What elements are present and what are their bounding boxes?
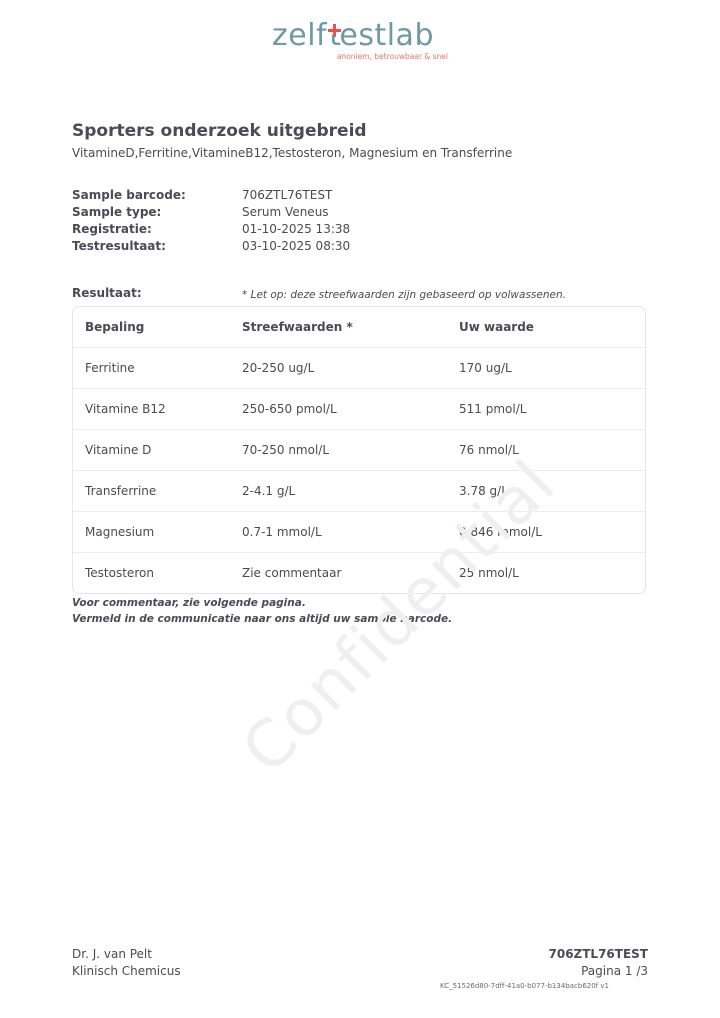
signer-name: Dr. J. van Pelt [72, 946, 181, 963]
page-title: Sporters onderzoek uitgebreid [72, 121, 367, 141]
logo-t: tt [327, 18, 339, 54]
signature-block: Dr. J. van Pelt Klinisch Chemicus [72, 946, 181, 980]
cell-test: Ferritine [85, 361, 135, 375]
sample-info: Sample barcode: 706ZTL76TEST Sample type… [72, 188, 472, 256]
cell-reference: 250-650 pmol/L [242, 402, 337, 416]
cell-reference: 20-250 ug/L [242, 361, 314, 375]
cell-value: 25 nmol/L [459, 566, 519, 580]
meta-value: 706ZTL76TEST [242, 188, 332, 202]
footnote-barcode: Vermeld in de communicatie naar ons alti… [72, 611, 452, 627]
table-row: Ferritine 20-250 ug/L 170 ug/L [73, 347, 645, 388]
footnote-comment: Voor commentaar, zie volgende pagina. [72, 595, 452, 611]
cell-test: Vitamine B12 [85, 402, 166, 416]
cell-test: Magnesium [85, 525, 154, 539]
results-table: Bepaling Streefwaarden * Uw waarde Ferri… [72, 306, 646, 594]
meta-value: 03-10-2025 08:30 [242, 239, 350, 253]
footer-barcode: 706ZTL76TEST [549, 946, 649, 963]
column-header: Uw waarde [459, 320, 534, 334]
logo-part2: estlab [339, 18, 434, 53]
logo-wordmark: zelfttestlab [272, 18, 452, 54]
cell-reference: 0.7-1 mmol/L [242, 525, 322, 539]
table-row: Testosteron Zie commentaar 25 nmol/L [73, 552, 645, 593]
meta-value: Serum Veneus [242, 205, 329, 219]
cell-value: 0.846 mmol/L [459, 525, 542, 539]
cell-reference: 70-250 nmol/L [242, 443, 329, 457]
table-row: Vitamine B12 250-650 pmol/L 511 pmol/L [73, 388, 645, 429]
signer-title: Klinisch Chemicus [72, 963, 181, 980]
page-info: 706ZTL76TEST Pagina 1 /3 [549, 946, 649, 980]
meta-label: Sample type: [72, 205, 161, 219]
registration-row: Registratie: 01-10-2025 13:38 [72, 222, 472, 239]
test-result-row: Testresultaat: 03-10-2025 08:30 [72, 239, 472, 256]
meta-label: Testresultaat: [72, 239, 166, 253]
cell-value: 170 ug/L [459, 361, 512, 375]
column-header: Bepaling [85, 320, 144, 334]
results-label: Resultaat: [72, 286, 142, 300]
meta-label: Sample barcode: [72, 188, 186, 202]
logo: zelfttestlab anoniem, betrouwbaar & snel [272, 18, 452, 54]
cell-reference: Zie commentaar [242, 566, 341, 580]
logo-tagline: anoniem, betrouwbaar & snel [337, 52, 448, 61]
sample-type-row: Sample type: Serum Veneus [72, 205, 472, 222]
page-number: Pagina 1 /3 [549, 963, 649, 980]
footnotes: Voor commentaar, zie volgende pagina. Ve… [72, 595, 452, 627]
cell-test: Testosteron [85, 566, 154, 580]
cell-value: 511 pmol/L [459, 402, 526, 416]
sample-barcode-row: Sample barcode: 706ZTL76TEST [72, 188, 472, 205]
results-note: * Let op: deze streefwaarden zijn gebase… [242, 289, 566, 301]
cell-value: 76 nmol/L [459, 443, 519, 457]
table-row: Transferrine 2-4.1 g/L 3.78 g/L [73, 470, 645, 511]
meta-label: Registratie: [72, 222, 152, 236]
table-header: Bepaling Streefwaarden * Uw waarde [73, 307, 645, 347]
logo-part1: zelf [272, 18, 327, 53]
page-subtitle: VitamineD,Ferritine,VitamineB12,Testoste… [72, 146, 512, 160]
cell-test: Transferrine [85, 484, 156, 498]
table-row: Magnesium 0.7-1 mmol/L 0.846 mmol/L [73, 511, 645, 552]
cell-value: 3.78 g/L [459, 484, 508, 498]
column-header: Streefwaarden * [242, 320, 353, 334]
cell-test: Vitamine D [85, 443, 151, 457]
meta-value: 01-10-2025 13:38 [242, 222, 350, 236]
document-id: KC_51526d80-7dff-41a0-b077-b134bacb620f … [440, 982, 609, 990]
table-row: Vitamine D 70-250 nmol/L 76 nmol/L [73, 429, 645, 470]
cell-reference: 2-4.1 g/L [242, 484, 295, 498]
